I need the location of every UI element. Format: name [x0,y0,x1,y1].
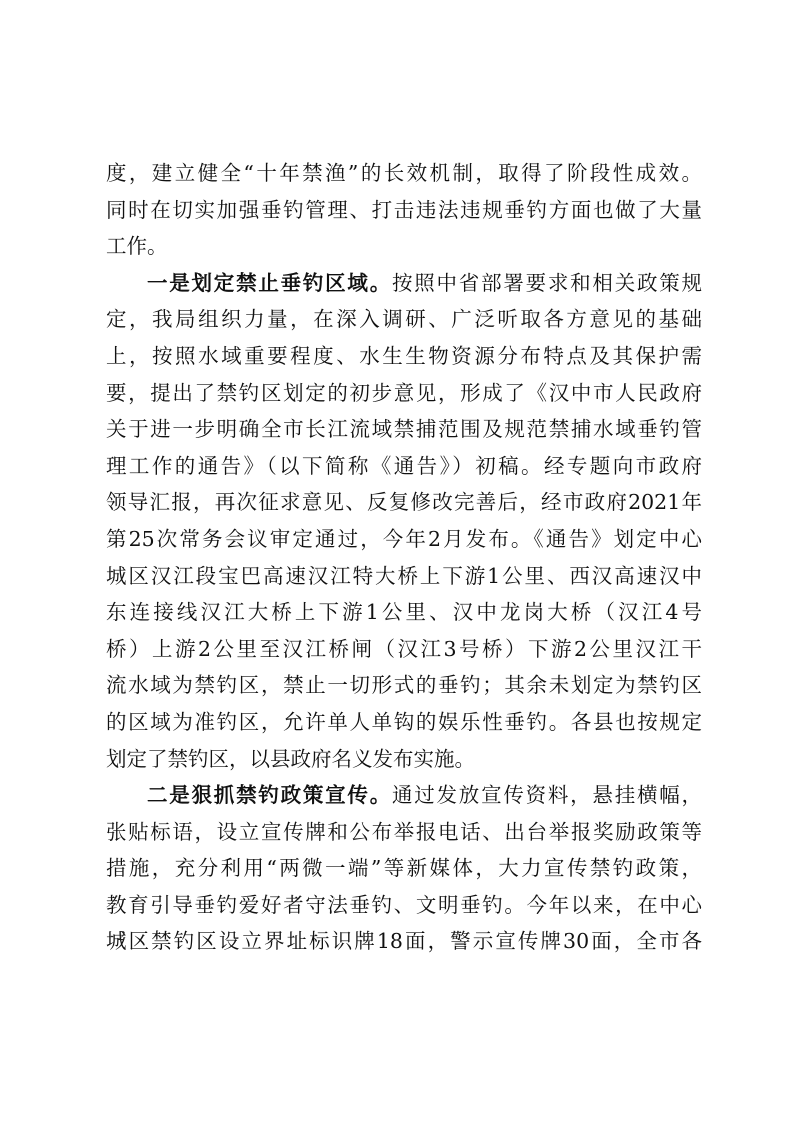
section-heading-point-two: 二是狠抓禁钓政策宣传。 [147,783,392,807]
text-line: 城区禁钓区设立界址标识牌18面，警示宣传牌30面，全市各 [106,923,702,960]
paragraph-point-one: 一是划定禁止垂钓区域。按照中省部署要求和相关政策规 定，我局组织力量，在深入调研… [106,265,702,777]
document-page: 度，建立健全“十年禁渔”的长效机制，取得了阶段性成效。 同时在切实加强垂钓管理、… [0,0,793,1122]
section-heading-point-one: 一是划定禁止垂钓区域。 [147,271,392,295]
text-line: 措施，充分利用“两微一端”等新媒体，大力宣传禁钓政策， [106,850,702,887]
text-line-with-heading: 一是划定禁止垂钓区域。按照中省部署要求和相关政策规 [106,265,702,302]
text-line: 教育引导垂钓爱好者守法垂钓、文明垂钓。今年以来，在中心 [106,887,702,924]
text-line: 同时在切实加强垂钓管理、打击违法违规垂钓方面也做了大量 [106,192,702,229]
paragraph-intro-continuation: 度，建立健全“十年禁渔”的长效机制，取得了阶段性成效。 同时在切实加强垂钓管理、… [106,155,702,265]
text-line: 划定了禁钓区，以县政府名义发布实施。 [106,741,702,778]
text-run: 通过发放宣传资料，悬挂横幅， [392,783,702,807]
paragraph-point-two: 二是狠抓禁钓政策宣传。通过发放宣传资料，悬挂横幅， 张贴标语，设立宣传牌和公布举… [106,777,702,960]
text-line: 上，按照水域重要程度、水生生物资源分布特点及其保护需 [106,338,702,375]
text-line: 流水域为禁钓区，禁止一切形式的垂钓；其余未划定为禁钓区 [106,667,702,704]
document-body: 度，建立健全“十年禁渔”的长效机制，取得了阶段性成效。 同时在切实加强垂钓管理、… [106,155,702,960]
text-line: 张贴标语，设立宣传牌和公布举报电话、出台举报奖励政策等 [106,814,702,851]
text-line: 工作。 [106,228,702,265]
text-line: 第25次常务会议审定通过，今年2月发布。《通告》划定中心 [106,521,702,558]
text-line: 领导汇报，再次征求意见、反复修改完善后，经市政府2021年 [106,484,702,521]
text-line: 理工作的通告》（以下简称《通告》）初稿。经专题向市政府 [106,448,702,485]
text-run: 按照中省部署要求和相关政策规 [392,271,702,295]
text-line: 桥）上游2公里至汉江桥闸（汉江3号桥）下游2公里汉江干 [106,631,702,668]
text-line: 定，我局组织力量，在深入调研、广泛听取各方意见的基础 [106,301,702,338]
text-line: 东连接线汉江大桥上下游1公里、汉中龙岗大桥（汉江4号 [106,594,702,631]
text-line: 要，提出了禁钓区划定的初步意见，形成了《汉中市人民政府 [106,375,702,412]
text-line: 度，建立健全“十年禁渔”的长效机制，取得了阶段性成效。 [106,155,702,192]
text-line: 的区域为准钓区，允许单人单钩的娱乐性垂钓。各县也按规定 [106,704,702,741]
text-line: 关于进一步明确全市长江流域禁捕范围及规范禁捕水域垂钓管 [106,411,702,448]
page-number: 2 [118,929,125,945]
text-line: 城区汉江段宝巴高速汉江特大桥上下游1公里、西汉高速汉中 [106,558,702,595]
text-line-with-heading: 二是狠抓禁钓政策宣传。通过发放宣传资料，悬挂横幅， [106,777,702,814]
